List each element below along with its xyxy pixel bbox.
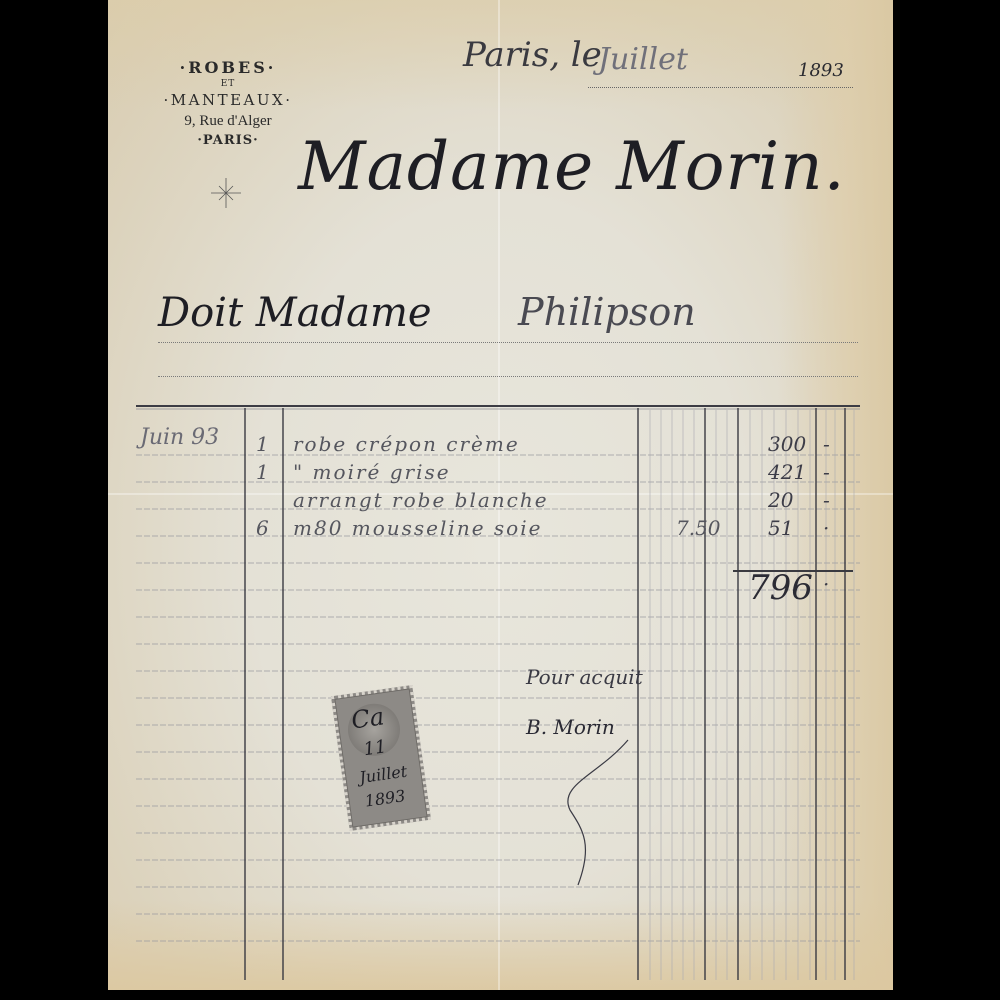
ledger-item-description: arrangt robe blanche [293, 488, 549, 512]
client-heading: Madame Morin. [298, 128, 846, 205]
ledger-item-amount: 51 [768, 516, 793, 540]
ledger-date: Juin 93 [140, 425, 219, 450]
stamp-annotation-3: Juillet [358, 762, 408, 787]
ledger-item-description: " moiré grise [293, 460, 451, 484]
ledger-item-amount: 300 [768, 432, 806, 456]
ledger-item-cents: - [823, 432, 830, 456]
ledger-item-amount: 20 [768, 488, 793, 512]
receipt-text: Pour acquit [526, 665, 643, 689]
stamp-annotation-1: Ca [350, 702, 386, 734]
ledger-item-cents: · [823, 516, 829, 540]
ledger-item-description: robe crépon crème [293, 432, 520, 456]
stamp-annotation-4: 1893 [364, 786, 407, 810]
debtor-label: Doit Madame [158, 290, 432, 336]
letterhead-manteaux: ·MANTEAUX· [128, 91, 328, 109]
star-ornament-icon [211, 178, 241, 208]
invoice-total: 796 [748, 568, 813, 608]
invoice-total-cents: · [823, 572, 829, 596]
invoice-paper: ·ROBES· ET ·MANTEAUX· 9, Rue d'Alger ·PA… [108, 0, 893, 990]
address-rule [158, 376, 858, 377]
stamp-annotation-2: 11 [362, 736, 388, 760]
letterhead-robes: ·ROBES· [128, 58, 328, 77]
ledger-item-amount: 421 [768, 460, 806, 484]
dateline-year: 1893 [798, 60, 844, 81]
dateline-prefix: Paris, le [463, 35, 602, 75]
ledger-item-cents: - [823, 460, 830, 484]
dateline-month: Juillet [598, 42, 688, 77]
ledger-item-qty: 6 [256, 516, 269, 540]
dateline-rule [588, 87, 853, 88]
debtor-name: Philipson [518, 290, 696, 334]
ledger-item-description: m80 mousseline soie [293, 516, 542, 540]
debtor-rule [158, 342, 858, 343]
signature-flourish [548, 735, 638, 895]
revenue-stamp-icon: Ca 11 Juillet 1893 [331, 685, 431, 831]
paper-aging-bottom [108, 900, 893, 990]
ledger-item-cents: - [823, 488, 830, 512]
letterhead-et: ET [128, 79, 328, 89]
ledger-item-unit-price: 7.50 [676, 516, 721, 540]
ledger-item-qty: 1 [256, 432, 269, 456]
ledger-item-qty: 1 [256, 460, 269, 484]
